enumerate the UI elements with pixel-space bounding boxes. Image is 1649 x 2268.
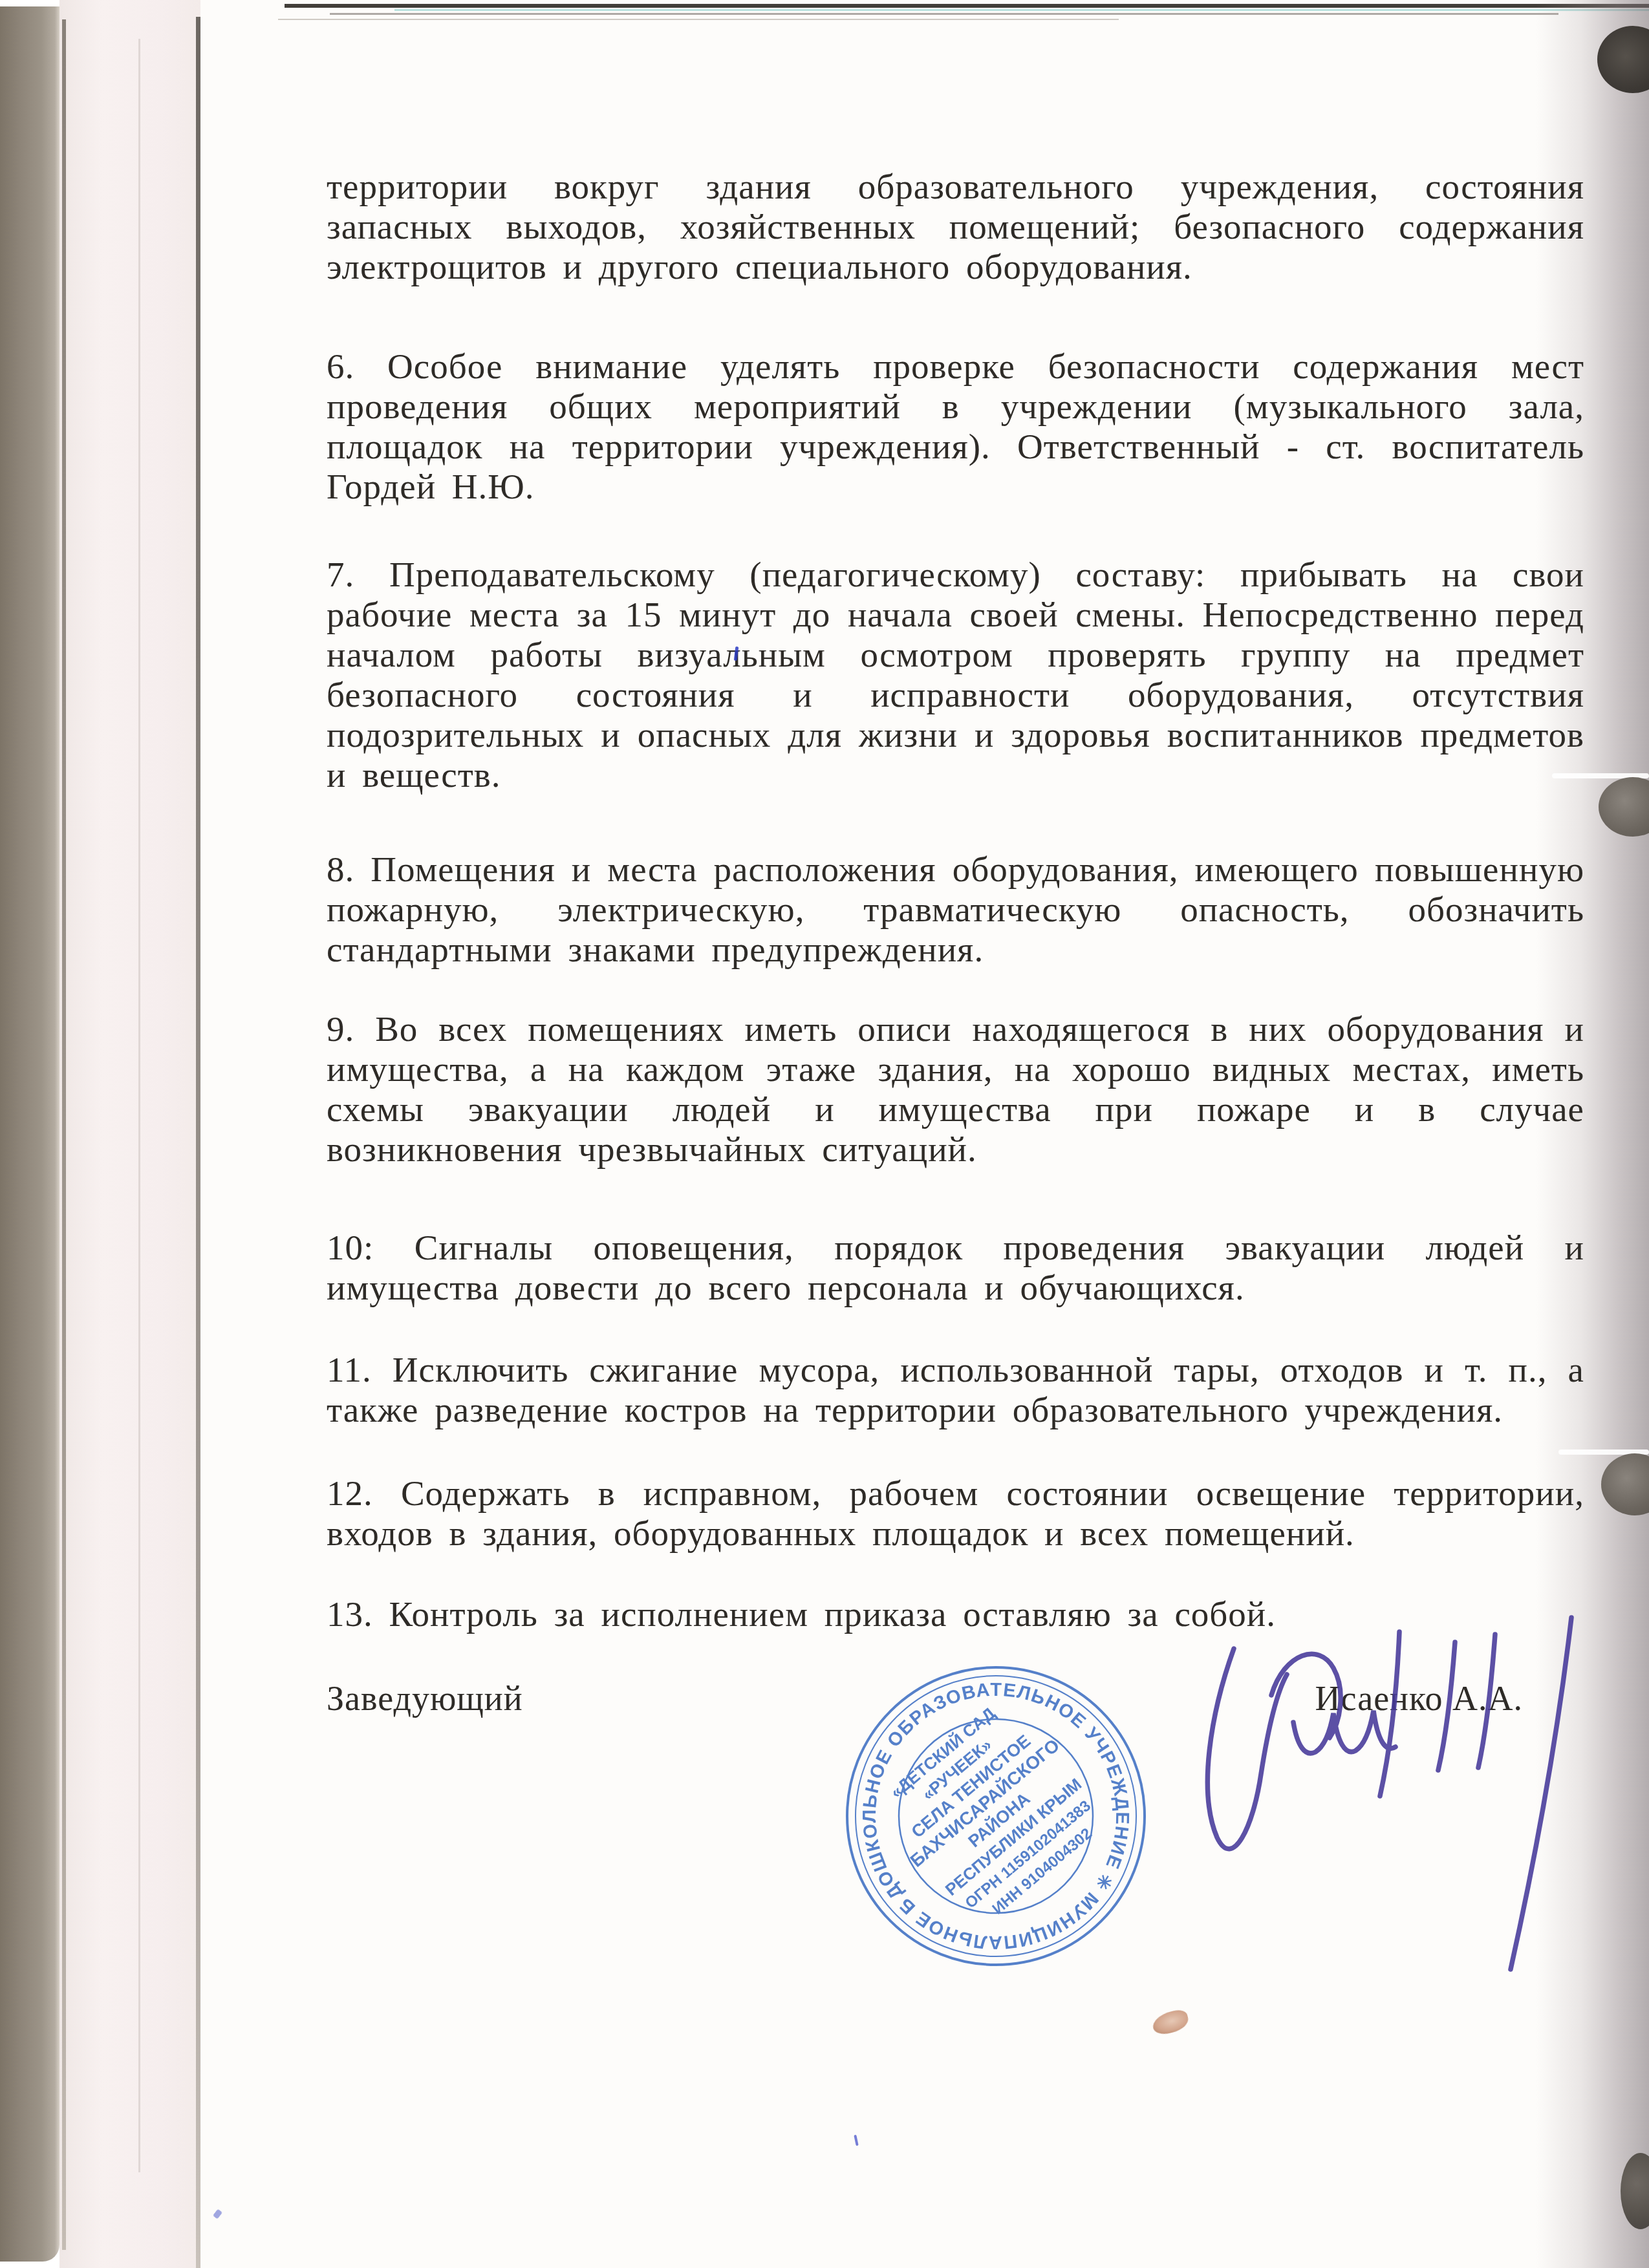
paragraph-item-11: 11. Исключить сжигание мусора, использов… bbox=[327, 1350, 1584, 1430]
handwritten-signature bbox=[1190, 1603, 1597, 2004]
paragraph-item-8: 8. Помещения и места расположения оборуд… bbox=[327, 850, 1584, 970]
signer-role: Заведующий bbox=[327, 1678, 523, 1718]
page-edge-line bbox=[62, 19, 66, 2250]
paragraph-item-10: 10: Сигналы оповещения, порядок проведен… bbox=[327, 1228, 1584, 1308]
page-top-edge bbox=[285, 4, 1649, 8]
paragraph-item-9: 9. Во всех помещениях иметь описи находя… bbox=[327, 1009, 1584, 1170]
page-edge-stack bbox=[59, 0, 202, 2268]
page-top-edge bbox=[278, 19, 1119, 20]
paragraph-item-12: 12. Содержать в исправном, рабочем состо… bbox=[327, 1473, 1584, 1554]
scanned-document: территории вокруг здания образовательног… bbox=[0, 0, 1649, 2268]
paragraph-item-6: 6. Особое внимание уделять проверке безо… bbox=[327, 347, 1584, 507]
page-top-edge bbox=[394, 9, 1649, 11]
paragraph-continuation: территории вокруг здания образовательног… bbox=[327, 167, 1584, 287]
page-left-edge-shadow bbox=[196, 17, 200, 2268]
page-top-edge bbox=[330, 13, 1558, 15]
binder-spine bbox=[0, 6, 59, 2262]
page-edge-line bbox=[138, 39, 140, 2172]
paragraph-item-7: 7. Преподавательскому (педагогическому) … bbox=[327, 555, 1584, 795]
official-round-stamp: ДОШКОЛЬНОЕ ОБРАЗОВАТЕЛЬНОЕ УЧРЕЖДЕНИЕ ✳ … bbox=[841, 1662, 1151, 1972]
order-text-column: территории вокруг здания образовательног… bbox=[327, 167, 1584, 1634]
